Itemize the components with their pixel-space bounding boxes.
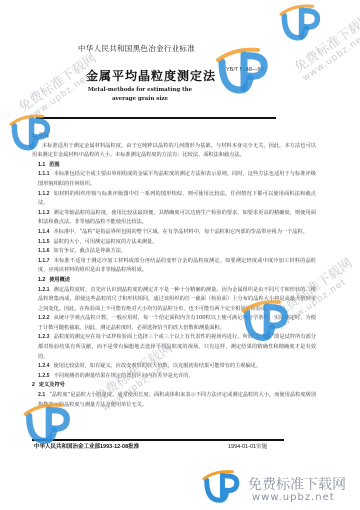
english-title-line-1: Metal-methods for estimating the [60,86,220,95]
clause: 1.2.4使用比较法时，如有疑义，应改变观察的放大倍数，以克服初验结果可能带有的… [32,362,316,372]
brand-url[interactable]: www.upbz.net [252,492,335,503]
english-title-line-2: average grain size [60,95,220,104]
upbz-logo-icon [278,0,322,44]
clause: 1.1.3测定等轴晶粒的晶粒度，使用比较法最简便，其精确度可以达到生产检验的要求… [32,209,316,228]
section-heading: 1.2使用概述 [32,276,316,286]
upbz-brand-logo-icon [200,466,242,506]
clause: 1.2.5不同观测者的测量结果在规定的置信区间内有差异是允许的。 [32,372,316,382]
paragraph: 本标准适用于测定金属材料晶粒度。由于它纯粹以晶粒的几何图形为基础，与材料本身完全… [32,142,316,161]
effective-date: 1994-01-01实施 [228,442,267,450]
clause: 1.1.6如有争议，截点法是仲裁方法。 [32,247,316,257]
document-title: 金属平均晶粒度测定法 [86,67,216,84]
section-heading: 2定义及符号 [32,381,316,391]
clause: 1.1.2如材料的组织形貌与标准评级图中任一系列的图形相似，则可使用比较法。任何… [32,190,316,209]
upbz-logo-icon [8,110,52,154]
watermark-top-right: 免费标准下载网 www.upbz.net [290,60,360,89]
upbz-logo-icon [214,42,270,98]
clause: 1.1.5晶粒的大小，可用测定晶粒度的方法来测量。 [32,238,316,248]
header-divider [36,117,276,119]
clause: 1.1.4本标准中，“晶粒”是指晶界所包围的整个区域。在有孪晶材料中，每个晶粒和… [32,228,316,238]
upbz-logo-icon [22,398,72,448]
clause: 2.1“晶粒度”是晶粒大小的量度。通常使用长度、面积或体积来表示不同方法评定或测… [32,391,316,410]
document-page: 中华人民共和国黑色冶金行业标准 金属平均晶粒度测定法 YB/T 5148—93 … [0,0,360,510]
document-body: 1引言 本标准适用于测定金属材料晶粒度。由于它纯粹以晶粒的几何图形为基础，与材料… [32,132,316,410]
section-heading: 1引言 [32,132,316,142]
clause: 1.1.1本标准包括完全或主要由单相组成的金属平均晶粒度的测定方法和表示原则。同… [32,170,316,189]
clause: 1.1.7本标准不适用于测定冷加工材料或部分再结晶的变形合金的晶粒度测定。如要测… [32,257,316,276]
brand-name: 免费标准下载网 [248,474,346,494]
issuing-organization: 中华人民共和国黑色冶金行业标准 [78,43,195,54]
upbz-logo-icon [240,295,290,345]
section-heading: 1.1范围 [32,161,316,171]
english-title: Metal-methods for estimating the average… [60,86,220,104]
